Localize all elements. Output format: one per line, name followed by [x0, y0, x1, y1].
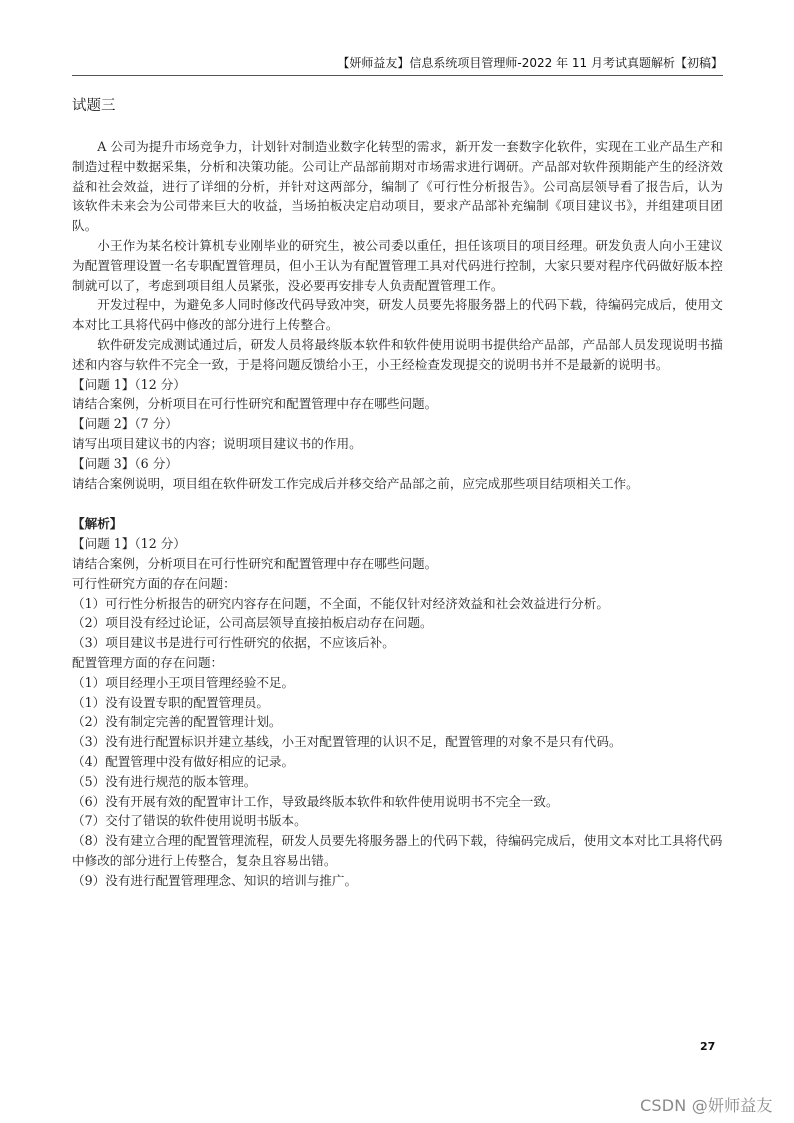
csdn-watermark: CSDN @妍师益友	[640, 1093, 773, 1116]
config-heading: 配置管理方面的存在问题：	[72, 653, 723, 673]
analysis-question-text: 请结合案例，分析项目在可行性研究和配置管理中存在哪些问题。	[72, 554, 723, 574]
config-item: （4）配置管理中没有做好相应的记录。	[72, 752, 723, 772]
running-header: 【妍师益友】信息系统项目管理师-2022 年 11 月考试真题解析【初稿】	[72, 55, 723, 71]
case-paragraph: 开发过程中，为避免多人同时修改代码导致冲突，研发人员要先将服务器上的代码下载，待…	[72, 295, 723, 335]
config-item: （9）没有进行配置管理理念、知识的培训与推广。	[72, 871, 723, 891]
case-paragraph: A 公司为提升市场竞争力，计划针对制造业数字化转型的需求，新开发一套数字化软件，…	[72, 137, 723, 236]
case-paragraph: 软件研发完成测试通过后，研发人员将最终版本软件和软件使用说明书提供给产品部，产品…	[72, 335, 723, 375]
header-divider	[72, 75, 723, 76]
config-item: （1）没有设置专职的配置管理员。	[72, 693, 723, 713]
question-3-text: 请结合案例说明，项目组在软件研发工作完成后并移交给产品部之前，应完成那些项目结项…	[72, 474, 723, 494]
feasibility-item: （2）项目没有经过论证，公司高层领导直接拍板启动存在问题。	[72, 613, 723, 633]
config-item: （1）项目经理小王项目管理经验不足。	[72, 673, 723, 693]
question-1-label: 【问题 1】（12 分）	[72, 375, 723, 395]
question-3-label: 【问题 3】（6 分）	[72, 454, 723, 474]
document-body: 试题三 A 公司为提升市场竞争力，计划针对制造业数字化转型的需求，新开发一套数字…	[72, 96, 723, 890]
question-1-text: 请结合案例，分析项目在可行性研究和配置管理中存在哪些问题。	[72, 394, 723, 414]
config-item: （6）没有开展有效的配置审计工作，导致最终版本软件和软件使用说明书不完全一致。	[72, 792, 723, 812]
feasibility-item: （3）项目建议书是进行可行性研究的依据，不应该后补。	[72, 633, 723, 653]
page-number: 27	[700, 1040, 715, 1053]
config-item: （5）没有进行规范的版本管理。	[72, 772, 723, 792]
feasibility-heading: 可行性研究方面的存在问题：	[72, 574, 723, 594]
question-2-text: 请写出项目建议书的内容；说明项目建议书的作用。	[72, 434, 723, 454]
analysis-heading: 【解析】	[72, 514, 723, 534]
feasibility-item: （1）可行性分析报告的研究内容存在问题，不全面，不能仅针对经济效益和社会效益进行…	[72, 594, 723, 614]
case-paragraph: 小王作为某名校计算机专业刚毕业的研究生，被公司委以重任，担任该项目的项目经理。研…	[72, 236, 723, 295]
question-title: 试题三	[72, 96, 723, 116]
config-item: （7）交付了错误的软件使用说明书版本。	[72, 811, 723, 831]
config-item: （2）没有制定完善的配置管理计划。	[72, 712, 723, 732]
question-2-label: 【问题 2】（7 分）	[72, 414, 723, 434]
config-item: （3）没有进行配置标识并建立基线，小王对配置管理的认识不足，配置管理的对象不是只…	[72, 732, 723, 752]
analysis-question-label: 【问题 1】（12 分）	[72, 534, 723, 554]
config-item: （8）没有建立合理的配置管理流程，研发人员要先将服务器上的代码下载，待编码完成后…	[72, 831, 723, 871]
